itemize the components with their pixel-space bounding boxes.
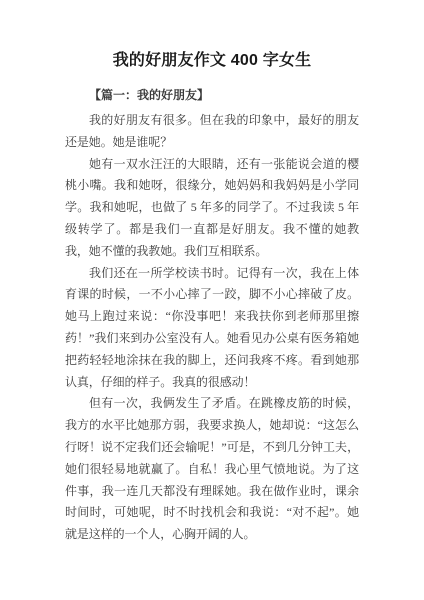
section-header: 【篇一：我的好朋友】 [65, 84, 359, 106]
essay-paragraph: 我的好朋友有很多。但在我的印象中，最好的朋友还是她。她是谁呢？ [65, 110, 359, 154]
essay-paragraph: 我们还在一所学校读书时。记得有一次，我在上体育课的时候，一不小心摔了一跤，脚不小… [65, 263, 359, 394]
document-page-background: { "page": { "title": "我的好朋友作文 400 字女生", … [0, 0, 424, 600]
essay-page: 我的好朋友作文 400 字女生 【篇一：我的好朋友】 我的好朋友有很多。但在我的… [0, 0, 424, 600]
essay-paragraph: 但有一次，我俩发生了矛盾。在跳橡皮筋的时候，我方的水平比她那方弱，我要求换人，她… [65, 393, 359, 546]
essay-paragraph: 她有一双水汪汪的大眼睛，还有一张能说会道的樱桃小嘴。我和她呀，很缘分，她妈妈和我… [65, 154, 359, 263]
page-title: 我的好朋友作文 400 字女生 [65, 48, 359, 74]
essay-body: 我的好朋友有很多。但在我的印象中，最好的朋友还是她。她是谁呢？ 她有一双水汪汪的… [65, 110, 359, 546]
